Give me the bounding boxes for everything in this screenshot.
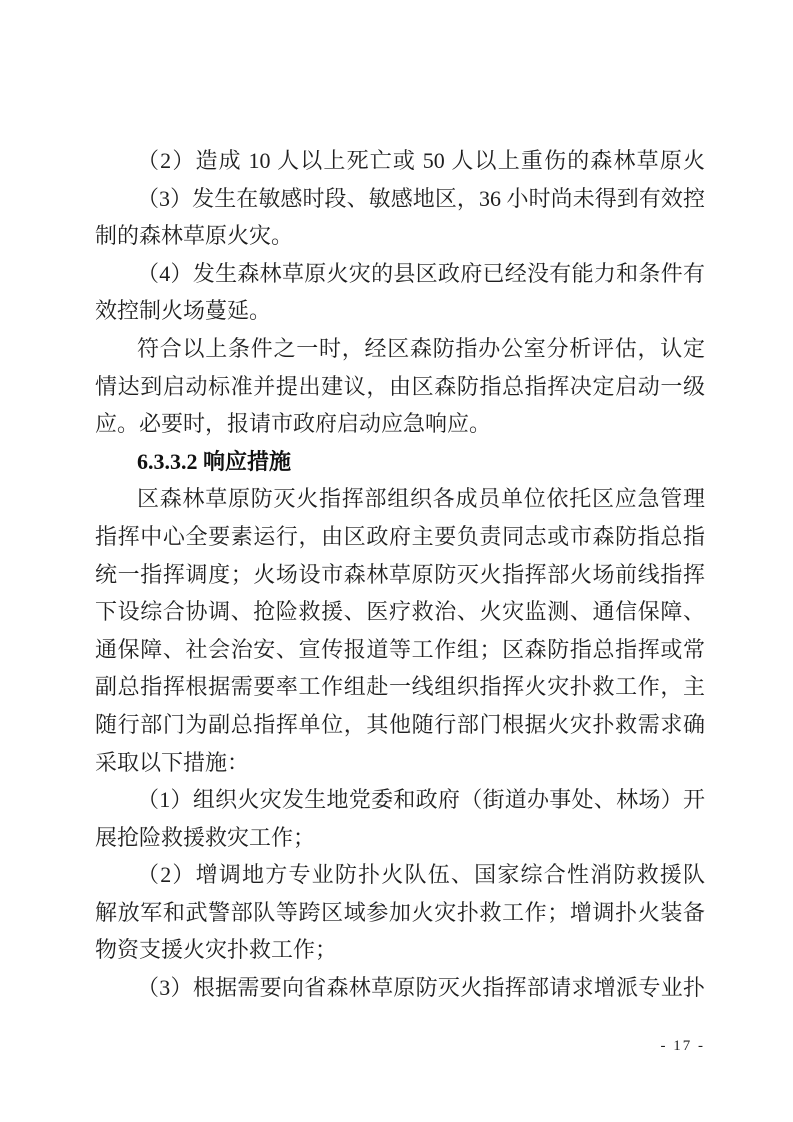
document-page: （2）造成 10 人以上死亡或 50 人以上重伤的森林草原火灾；（3）发生在敏感…	[0, 0, 793, 1122]
section-heading: 6.3.3.2 响应措施	[95, 443, 705, 481]
doc-line: 随行部门为副总指挥单位，其他随行部门根据火灾扑救需求确定。	[95, 706, 705, 744]
doc-line: 区森林草原防灭火指挥部组织各成员单位依托区应急管理	[95, 480, 705, 518]
doc-line: （2）造成 10 人以上死亡或 50 人以上重伤的森林草原火灾；	[95, 142, 705, 180]
doc-line: 解放军和武警部队等跨区域参加火灾扑救工作；增调扑火装备和	[95, 894, 705, 932]
doc-line: 展抢险救援救灾工作；	[95, 819, 705, 857]
doc-line: 情达到启动标准并提出建议，由区森防指总指挥决定启动一级响	[95, 368, 705, 406]
doc-line: 下设综合协调、抢险救援、医疗救治、火灾监测、通信保障、交	[95, 593, 705, 631]
doc-line: （2）增调地方专业防扑火队伍、国家综合性消防救援队伍，	[95, 856, 705, 894]
doc-line: 指挥中心全要素运行，由区政府主要负责同志或市森防指总指挥	[95, 518, 705, 556]
doc-line: 应。必要时，报请市政府启动应急响应。	[95, 405, 705, 443]
page-number: - 17 -	[661, 1038, 706, 1055]
doc-line: （3）发生在敏感时段、敏感地区，36 小时尚未得到有效控	[95, 180, 705, 218]
document-lines: （2）造成 10 人以上死亡或 50 人以上重伤的森林草原火灾；（3）发生在敏感…	[95, 142, 705, 1007]
doc-line: 制的森林草原火灾。	[95, 217, 705, 255]
doc-line: （3）根据需要向省森林草原防灭火指挥部请求增派专业扑	[95, 969, 705, 1007]
doc-line: （1）组织火灾发生地党委和政府（街道办事处、林场）开	[95, 781, 705, 819]
doc-line: 副总指挥根据需要率工作组赴一线组织指挥火灾扑救工作，主要	[95, 668, 705, 706]
doc-line: 统一指挥调度；火场设市森林草原防灭火指挥部火场前线指挥部，	[95, 556, 705, 594]
doc-line: 采取以下措施：	[95, 744, 705, 782]
doc-line: （4）发生森林草原火灾的县区政府已经没有能力和条件有	[95, 255, 705, 293]
doc-line: 通保障、社会治安、宣传报道等工作组；区森防指总指挥或常务	[95, 631, 705, 669]
doc-line: 物资支援火灾扑救工作；	[95, 931, 705, 969]
doc-line: 符合以上条件之一时，经区森防指办公室分析评估，认定灾	[95, 330, 705, 368]
doc-line: 效控制火场蔓延。	[95, 292, 705, 330]
